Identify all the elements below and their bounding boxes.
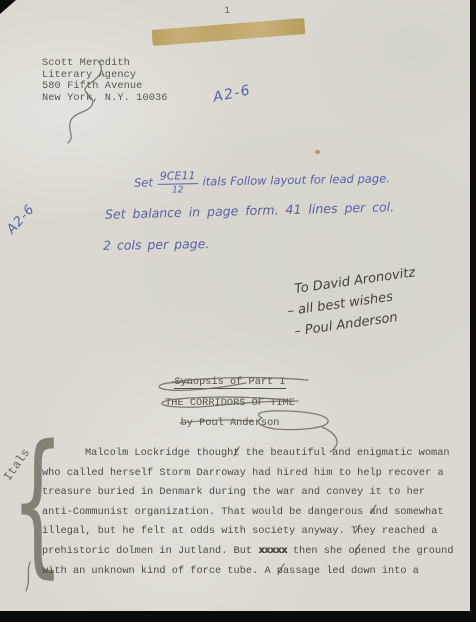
typed-over-word: xxxxx — [258, 545, 286, 557]
body-line6-post: then she opened the ground — [287, 545, 454, 557]
agency-address-block: Scott Meredith Literary Agency 580 Fifth… — [42, 58, 168, 104]
body-line: Malcolm Lockridge thought the beautiful … — [42, 444, 454, 464]
book-title: THE CORRIDORS OF TIME — [130, 393, 330, 414]
catalog-mark-top: A2-6 — [212, 82, 253, 106]
fraction-numerator: 9CE11 — [158, 169, 198, 185]
synopsis-heading: Synopsis of Part I — [130, 372, 330, 393]
typesetting-note-line3: 2 cols per page. — [103, 236, 210, 253]
body-line: illegal, but he felt at odds with societ… — [42, 522, 454, 542]
typesetting-note-line1: Set9CE1112itals Follow layout for lead p… — [134, 166, 390, 196]
body-line: treasure buried in Denmark during the wa… — [42, 483, 454, 503]
byline: by Poul Anderson — [130, 413, 330, 434]
body-line: who called herself Storm Darroway had hi… — [42, 464, 454, 484]
catalog-mark-left: A2-6 — [4, 202, 38, 237]
type-size-fraction: 9CE1112 — [158, 169, 198, 196]
body-line: anti-Communist organization. That would … — [42, 503, 454, 523]
typesetting-note-line2: Set balance in page form. 41 lines per c… — [105, 199, 394, 222]
scanned-manuscript-page: { "document": { "page_number": "1", "age… — [0, 0, 476, 622]
author-inscription: To David Aronovitz – all best wishes – P… — [283, 262, 422, 343]
rust-speck — [315, 150, 320, 154]
agency-name-line: Scott Meredith — [42, 58, 168, 70]
title-block: Synopsis of Part I THE CORRIDORS OF TIME… — [130, 372, 330, 434]
body-line6-pre: prehistoric dolmen in Jutland. But — [42, 545, 258, 557]
synopsis-body-paragraph: Malcolm Lockridge thought the beautiful … — [42, 444, 454, 581]
note-set-prefix: Set — [134, 175, 153, 189]
fraction-denominator: 12 — [158, 184, 198, 196]
synopsis-heading-text: Synopsis of Part I — [174, 376, 285, 389]
agency-city-line: New York, N.Y. 10036 — [42, 93, 168, 105]
body-line: prehistoric dolmen in Jutland. But xxxxx… — [42, 542, 454, 562]
tape-strip — [152, 18, 306, 46]
note-line1-rest: itals Follow layout for lead page. — [202, 171, 390, 188]
paper-sheet: 1 Scott Meredith Literary Agency 580 Fif… — [0, 0, 470, 611]
body-line: with an unknown kind of force tube. A pa… — [42, 562, 454, 582]
page-number: 1 — [224, 5, 230, 17]
